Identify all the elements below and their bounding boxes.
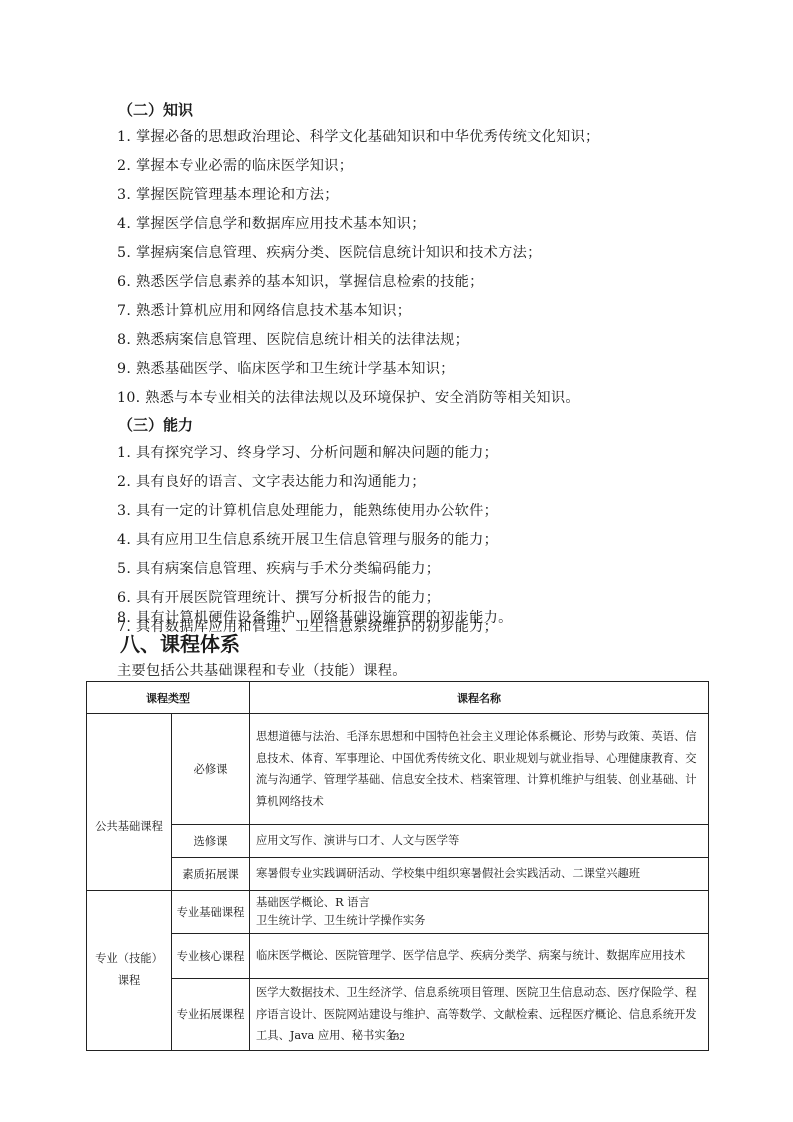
page-number: 132: [0, 1031, 793, 1043]
ability-item: 8. 具有计算机硬件设备维护、网络基础设施管理的初步能力。: [117, 607, 513, 627]
header-course-name: 课程名称: [250, 682, 709, 714]
course-names-cell: 基础医学概论、R 语言 卫生统计学、卫生统计学操作实务: [250, 891, 709, 934]
table-header-row: 课程类型 课程名称: [87, 682, 709, 714]
knowledge-heading: （二）知识: [118, 99, 193, 120]
ability-heading: （三）能力: [118, 414, 193, 435]
course-names-cell: 寒暑假专业实践调研活动、学校集中组织寒暑假社会实践活动、二课堂兴趣班: [250, 858, 709, 891]
category-label-line2: 课程: [87, 970, 171, 992]
subtype-cell: 专业核心课程: [172, 934, 250, 979]
table-row: 公共基础课程 必修课 思想道德与法治、毛泽东思想和中国特色社会主义理论体系概论、…: [87, 714, 709, 825]
subtype-cell: 必修课: [172, 714, 250, 825]
header-course-type: 课程类型: [87, 682, 250, 714]
ability-item: 5. 具有病案信息管理、疾病与手术分类编码能力；: [117, 558, 440, 578]
subtype-cell: 素质拓展课: [172, 858, 250, 891]
knowledge-item: 9. 熟悉基础医学、临床医学和卫生统计学基本知识；: [117, 358, 455, 378]
course-names-cell: 应用文写作、演讲与口才、人文与医学等: [250, 825, 709, 858]
ability-item: 1. 具有探究学习、终身学习、分析问题和解决问题的能力；: [117, 442, 498, 462]
table-row: 选修课 应用文写作、演讲与口才、人文与医学等: [87, 825, 709, 858]
ability-item: 3. 具有一定的计算机信息处理能力，能熟练使用办公软件；: [117, 500, 498, 520]
knowledge-item: 10. 熟悉与本专业相关的法律法规以及环境保护、安全消防等相关知识。: [117, 387, 580, 407]
course-names-line1: 基础医学概论、R 语言: [256, 894, 702, 912]
course-names-cell: 临床医学概论、医院管理学、医学信息学、疾病分类学、病案与统计、数据库应用技术: [250, 934, 709, 979]
subtype-cell: 选修课: [172, 825, 250, 858]
knowledge-item: 6. 熟悉医学信息素养的基本知识，掌握信息检索的技能；: [117, 271, 484, 291]
course-names-line2: 卫生统计学、卫生统计学操作实务: [256, 912, 702, 930]
knowledge-item: 7. 熟悉计算机应用和网络信息技术基本知识；: [117, 300, 411, 320]
category-label-line1: 专业（技能）: [87, 948, 171, 970]
course-names-cell: 思想道德与法治、毛泽东思想和中国特色社会主义理论体系概论、形势与政策、英语、信息…: [250, 714, 709, 825]
curriculum-table: 课程类型 课程名称 公共基础课程 必修课 思想道德与法治、毛泽东思想和中国特色社…: [86, 681, 709, 1051]
curriculum-heading: 八、课程体系: [120, 628, 240, 657]
knowledge-item: 5. 掌握病案信息管理、疾病分类、医院信息统计知识和技术方法；: [117, 242, 542, 262]
table-row: 素质拓展课 寒暑假专业实践调研活动、学校集中组织寒暑假社会实践活动、二课堂兴趣班: [87, 858, 709, 891]
knowledge-item: 8. 熟悉病案信息管理、医院信息统计相关的法律法规；: [117, 329, 469, 349]
knowledge-item: 2. 掌握本专业必需的临床医学知识；: [117, 155, 353, 175]
category-cell: 公共基础课程: [87, 714, 172, 891]
ability-item: 6. 具有开展医院管理统计、撰写分析报告的能力；: [117, 587, 440, 607]
subtype-cell: 专业基础课程: [172, 891, 250, 934]
category-cell: 专业（技能） 课程: [87, 891, 172, 1051]
table-row: 专业（技能） 课程 专业基础课程 基础医学概论、R 语言 卫生统计学、卫生统计学…: [87, 891, 709, 934]
ability-item: 4. 具有应用卫生信息系统开展卫生信息管理与服务的能力；: [117, 529, 498, 549]
ability-item: 2. 具有良好的语言、文字表达能力和沟通能力；: [117, 471, 426, 491]
category-label: 公共基础课程: [87, 816, 171, 838]
table-row: 专业核心课程 临床医学概论、医院管理学、医学信息学、疾病分类学、病案与统计、数据…: [87, 934, 709, 979]
knowledge-item: 4. 掌握医学信息学和数据库应用技术基本知识；: [117, 213, 426, 233]
knowledge-item: 1. 掌握必备的思想政治理论、科学文化基础知识和中华优秀传统文化知识；: [117, 126, 600, 146]
knowledge-item: 3. 掌握医院管理基本理论和方法；: [117, 184, 339, 204]
curriculum-intro: 主要包括公共基础课程和专业（技能）课程。: [117, 660, 407, 680]
